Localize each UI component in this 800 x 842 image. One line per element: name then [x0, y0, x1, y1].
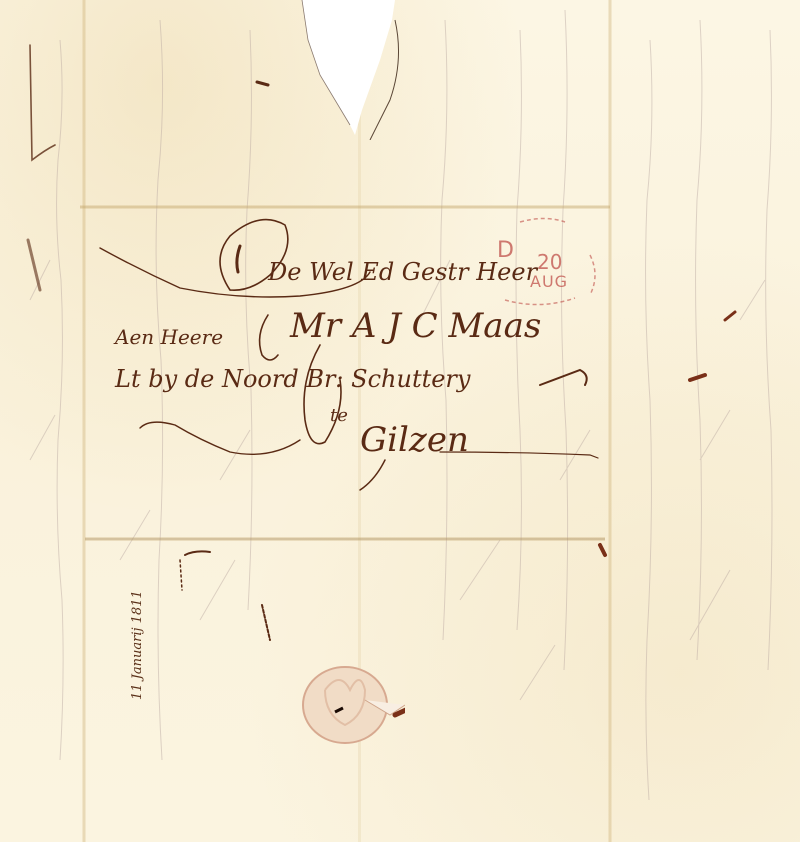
- wax-seal: [295, 660, 405, 750]
